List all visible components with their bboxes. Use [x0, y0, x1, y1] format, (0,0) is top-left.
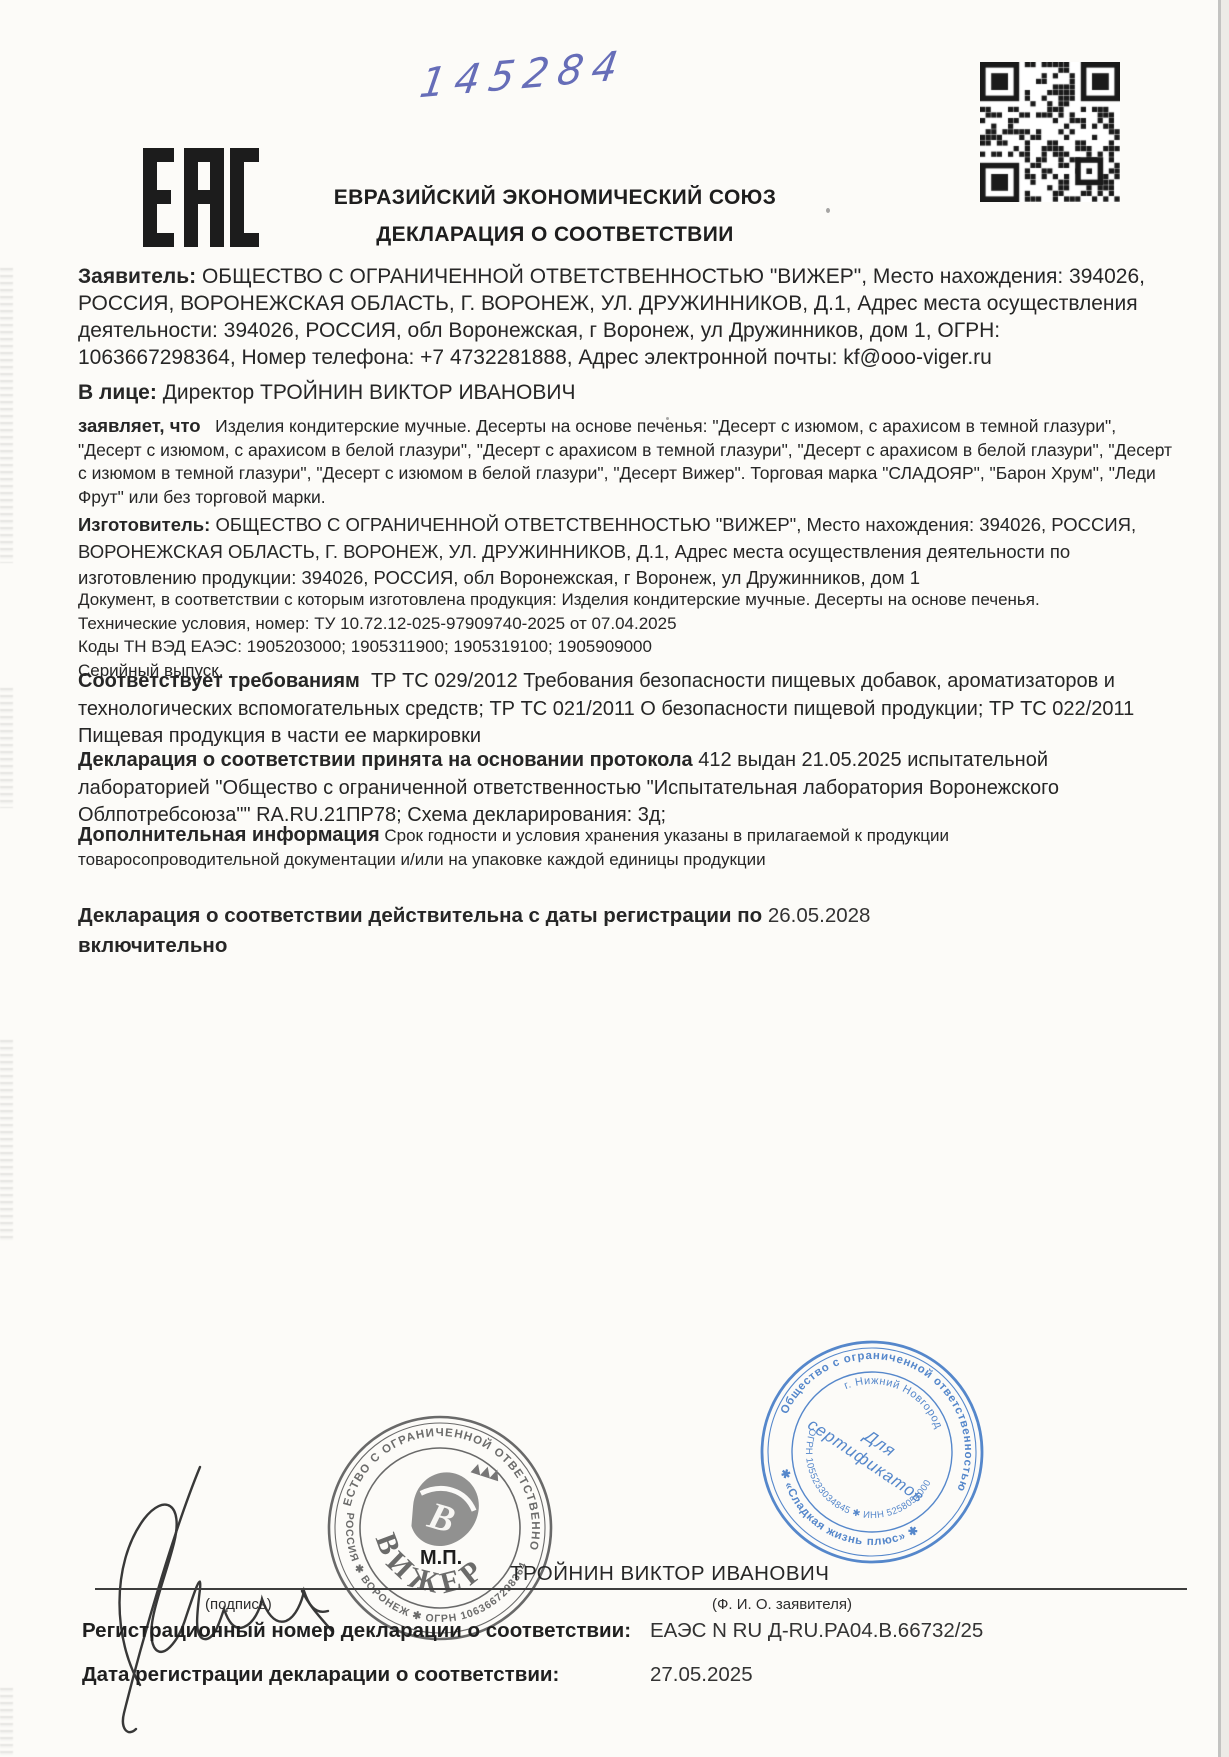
additional-info-paragraph: Дополнительная информация Срок годности … [78, 824, 1113, 871]
scan-noise-band [0, 1688, 13, 1757]
manufacturer-text: ОБЩЕСТВО С ОГРАНИЧЕННОЙ ОТВЕТСТВЕННОСТЬЮ… [78, 514, 1136, 588]
signature-line [95, 1588, 1187, 1590]
tnved-codes-line: Коды ТН ВЭД ЕАЭС: 1905203000; 1905311900… [78, 635, 1123, 659]
company-stamp-vizher: ОБЩЕСТВО С ОГРАНИЧЕННОЙ ОТВЕТСТВЕННОСТЬЮ… [315, 1403, 565, 1653]
applicant-paragraph: Заявитель: ОБЩЕСТВО С ОГРАНИЧЕННОЙ ОТВЕТ… [78, 263, 1163, 371]
scan-noise-band [0, 688, 13, 808]
declaration-document: 145284 ЕВРАЗИЙСКИЙ ЭКОНОМИЧЕСКИЙ СОЮЗ ДЕ… [0, 0, 1229, 1757]
signature-caption: (подпись) [205, 1596, 272, 1613]
person-text: Директор ТРОЙНИН ВИКТОР ИВАНОВИЧ [163, 381, 576, 404]
declares-label: заявляет, что [78, 415, 201, 436]
certification-stamp-blue: Общество с ограниченной ответственностью… [752, 1332, 992, 1572]
validity-label: Декларация о соответствии действительна … [78, 904, 762, 927]
manufacturer-paragraph: Изготовитель: ОБЩЕСТВО С ОГРАНИЧЕННОЙ ОТ… [78, 512, 1163, 592]
compliance-label: Соответствует требованиям [78, 670, 360, 692]
page-title: ДЕКЛАРАЦИЯ О СООТВЕТСТВИИ [115, 223, 995, 247]
applicant-text: ОБЩЕСТВО С ОГРАНИЧЕННОЙ ОТВЕТСТВЕННОСТЬЮ… [78, 265, 1145, 369]
person-paragraph: В лице: Директор ТРОЙНИН ВИКТОР ИВАНОВИЧ [78, 381, 1163, 405]
registration-number-value: ЕАЭС N RU Д-RU.РА04.В.66732/25 [650, 1619, 983, 1643]
scan-noise-band [0, 1040, 13, 1240]
basis-paragraph: Декларация о соответствии принята на осн… [78, 747, 1158, 830]
registration-date-value: 27.05.2025 [650, 1663, 753, 1687]
validity-date: 26.05.2028 [768, 904, 871, 927]
crown-icon [470, 1463, 501, 1482]
validity-paragraph: Декларация о соответствии действительна … [78, 901, 1058, 961]
qr-code [980, 62, 1120, 202]
person-label: В лице: [78, 381, 157, 404]
registration-number-label: Регистрационный номер декларации о соотв… [82, 1619, 631, 1643]
signature-icon [80, 1445, 340, 1745]
declares-text: Изделия кондитерские мучные. Десерты на … [78, 416, 1172, 507]
declares-paragraph: заявляет, что Изделия кондитерские мучны… [78, 414, 1173, 509]
basis-label: Декларация о соответствии принята на осн… [78, 749, 693, 771]
validity-suffix: включительно [78, 931, 1058, 961]
handwritten-number: 145284 [417, 43, 630, 108]
applicant-label: Заявитель: [78, 265, 196, 288]
mp-seal-label: М.П. [420, 1547, 462, 1570]
document-line: Документ, в соответствии с которым изгот… [78, 588, 1123, 635]
compliance-paragraph: Соответствует требованиям ТР ТС 029/2012… [78, 668, 1138, 751]
declarant-name: ТРОЙНИН ВИКТОР ИВАНОВИЧ [510, 1562, 829, 1586]
additional-info-label: Дополнительная информация [78, 824, 380, 846]
scan-edge-line [1218, 0, 1221, 1757]
fio-caption: (Ф. И. О. заявителя) [712, 1596, 852, 1613]
manufacturer-label: Изготовитель: [78, 514, 210, 535]
union-title: ЕВРАЗИЙСКИЙ ЭКОНОМИЧЕСКИЙ СОЮЗ [115, 186, 995, 210]
scan-edge-shadow [1221, 0, 1229, 1757]
scan-noise-band [0, 268, 13, 563]
registration-date-label: Дата регистрации декларации о соответств… [82, 1663, 559, 1687]
